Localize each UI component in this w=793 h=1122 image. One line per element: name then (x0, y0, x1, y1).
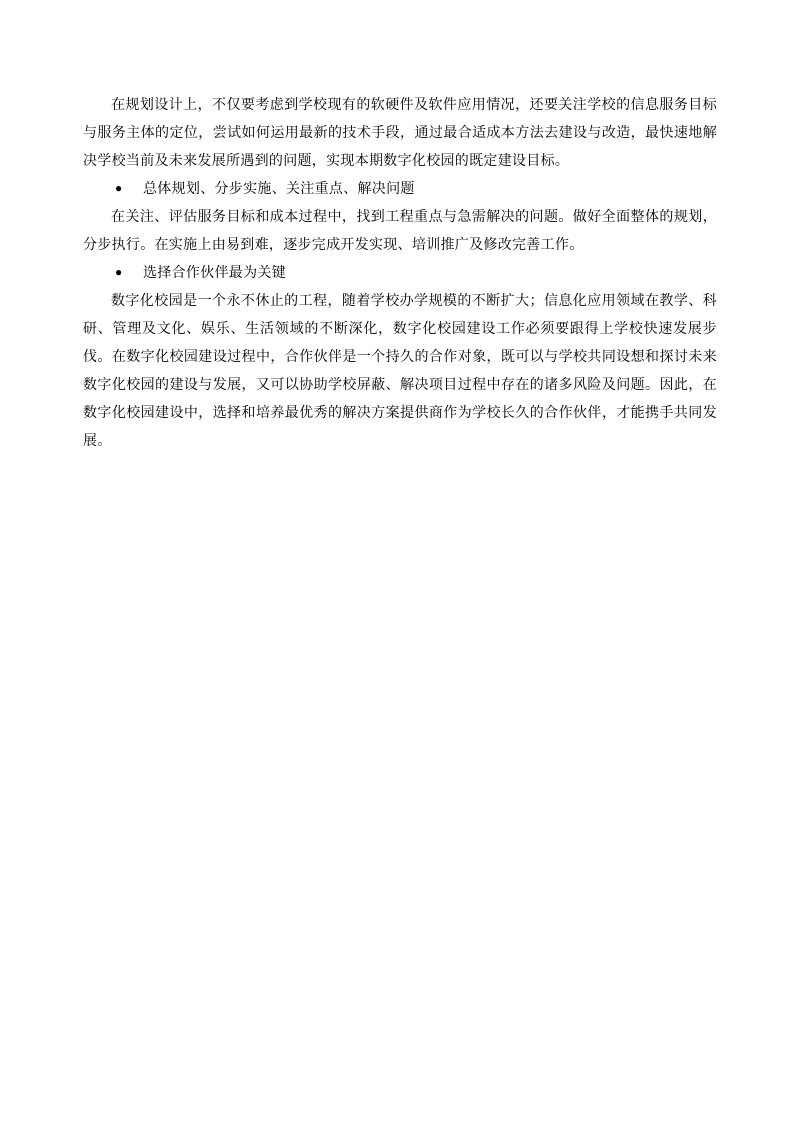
bullet-list-item: ●选择合作伙伴最为关键 (83, 258, 717, 286)
document-body: 在规划设计上，不仅要考虑到学校现有的软硬件及软件应用情况，还要关注学校的信息服务… (83, 90, 717, 454)
bullet-icon: ● (115, 174, 123, 202)
document-page: 在规划设计上，不仅要考虑到学校现有的软硬件及软件应用情况，还要关注学校的信息服务… (0, 0, 793, 1122)
paragraph: 数字化校园是一个永不休止的工程，随着学校办学规模的不断扩大；信息化应用领域在教学… (83, 286, 717, 454)
bullet-item-label: 总体规划、分步实施、关注重点、解决问题 (143, 180, 415, 196)
bullet-item-label: 选择合作伙伴最为关键 (143, 264, 286, 280)
paragraph: 在关注、评估服务目标和成本过程中，找到工程重点与急需解决的问题。做好全面整体的规… (83, 202, 717, 258)
paragraph: 在规划设计上，不仅要考虑到学校现有的软硬件及软件应用情况，还要关注学校的信息服务… (83, 90, 717, 174)
bullet-icon: ● (115, 258, 123, 286)
bullet-list-item: ●总体规划、分步实施、关注重点、解决问题 (83, 174, 717, 202)
